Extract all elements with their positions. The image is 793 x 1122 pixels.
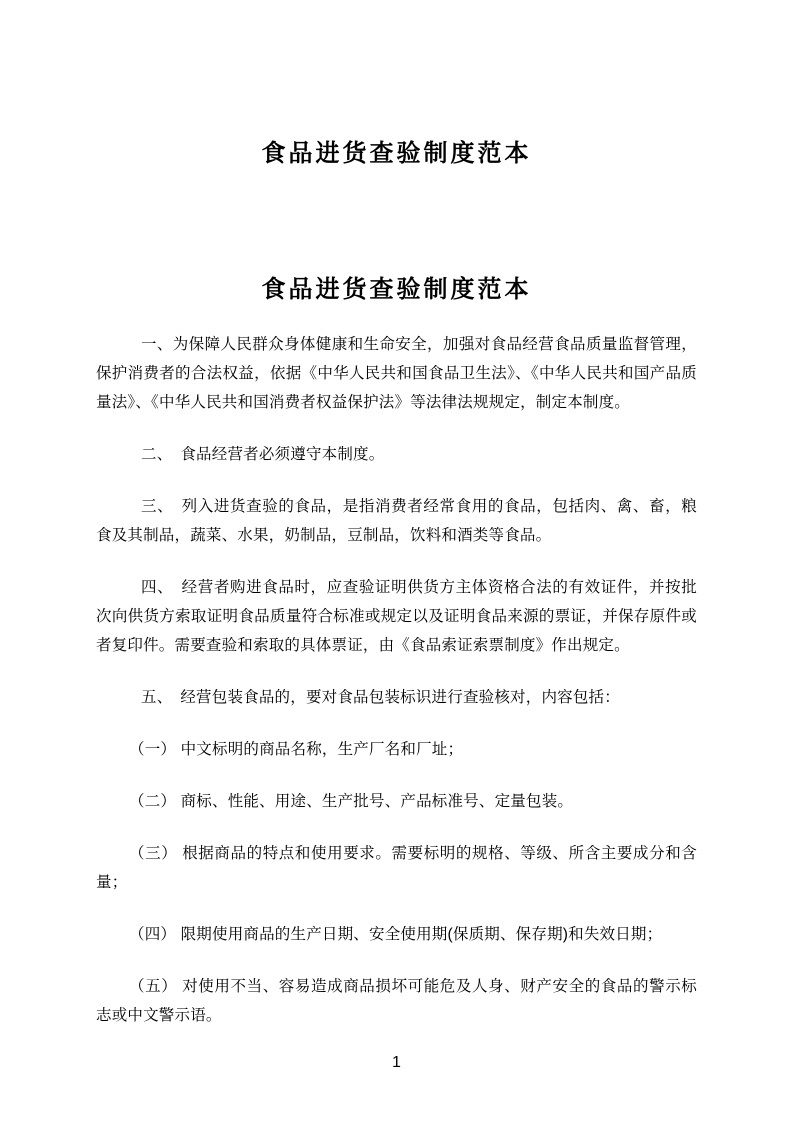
paragraph: （三） 根据商品的特点和使用要求。需要标明的规格、等级、所含主要成分和含量； bbox=[96, 839, 697, 897]
document-page: 食品进货查验制度范本 食品进货查验制度范本 一、为保障人民群众身体健康和生命安全… bbox=[0, 0, 793, 1122]
paragraph: （二） 商标、性能、用途、生产批号、产品标准号、定量包装。 bbox=[96, 787, 697, 816]
paragraph: （四） 限期使用商品的生产日期、安全使用期(保质期、保存期)和失效日期； bbox=[96, 920, 697, 949]
paragraph: 五、 经营包装食品的，要对食品包装标识进行查验核对，内容包括： bbox=[96, 683, 697, 712]
paragraph: （五） 对使用不当、容易造成商品损坏可能危及人身、财产安全的食品的警示标志或中文… bbox=[96, 972, 697, 1030]
paragraph: 一、为保障人民群众身体健康和生命安全，加强对食品经营食品质量监督管理，保护消费者… bbox=[96, 330, 697, 417]
page-header-title: 食品进货查验制度范本 bbox=[96, 138, 697, 170]
paragraph: （一） 中文标明的商品名称，生产厂名和厂址； bbox=[96, 735, 697, 764]
page-number: 1 bbox=[0, 1054, 793, 1072]
document-body: 一、为保障人民群众身体健康和生命安全，加强对食品经营食品质量监督管理，保护消费者… bbox=[96, 330, 697, 1030]
document-title: 食品进货查验制度范本 bbox=[96, 274, 697, 306]
paragraph: 二、 食品经营者必须遵守本制度。 bbox=[96, 440, 697, 469]
paragraph: 四、 经营者购进食品时，应查验证明供货方主体资格合法的有效证件，并按批次向供货方… bbox=[96, 573, 697, 660]
paragraph: 三、 列入进货查验的食品，是指消费者经常食用的食品，包括肉、禽、畜，粮食及其制品… bbox=[96, 492, 697, 550]
